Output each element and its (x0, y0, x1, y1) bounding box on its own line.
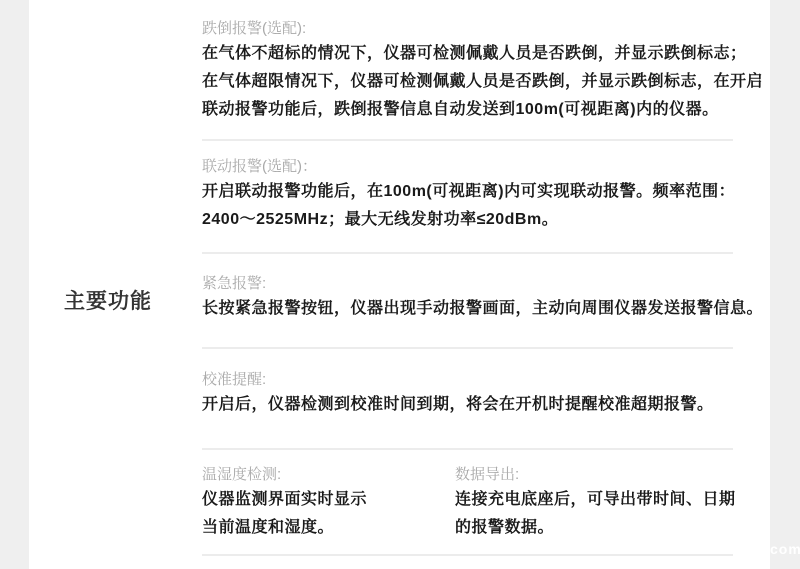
feature-section-temp-humidity: 温湿度检测: 仪器监测界面实时显示 当前温度和湿度。 (202, 464, 452, 542)
feature-body: 开启联动报警功能后，在100m(可视距离)内可实现联动报警。频率范围： 2400… (202, 178, 762, 234)
feature-section-linkage-alarm: 联动报警(选配)： 开启联动报警功能后，在100m(可视距离)内可实现联动报警。… (202, 156, 762, 234)
divider (202, 554, 733, 556)
page-title: 主要功能 (64, 289, 152, 315)
watermark: com (770, 541, 800, 557)
page: 主要功能 跌倒报警(选配): 在气体不超标的情况下，仪器可检测佩戴人员是否跌倒，… (0, 0, 800, 569)
feature-label: 温湿度检测: (202, 464, 452, 486)
feature-body: 长按紧急报警按钮，仪器出现手动报警画面，主动向周围仪器发送报警信息。 (202, 295, 762, 323)
feature-body: 开启后，仪器检测到校准时间到期，将会在开机时提醒校准超期报警。 (202, 391, 762, 419)
feature-label: 校准提醒: (202, 369, 762, 391)
feature-label: 联动报警(选配)： (202, 156, 762, 178)
feature-section-calibration-reminder: 校准提醒: 开启后，仪器检测到校准时间到期，将会在开机时提醒校准超期报警。 (202, 369, 762, 419)
feature-body: 在气体不超标的情况下，仪器可检测佩戴人员是否跌倒，并显示跌倒标志； 在气体超限情… (202, 40, 762, 124)
feature-section-emergency-alarm: 紧急报警: 长按紧急报警按钮，仪器出现手动报警画面，主动向周围仪器发送报警信息。 (202, 273, 762, 323)
feature-body: 仪器监测界面实时显示 当前温度和湿度。 (202, 486, 452, 542)
divider (202, 347, 733, 349)
feature-body: 连接充电底座后，可导出带时间、日期 的报警数据。 (455, 486, 775, 542)
feature-label: 跌倒报警(选配): (202, 18, 762, 40)
divider (202, 448, 733, 450)
divider (202, 139, 733, 141)
feature-label: 紧急报警: (202, 273, 762, 295)
divider (202, 252, 733, 254)
feature-label: 数据导出: (455, 464, 775, 486)
feature-section-data-export: 数据导出: 连接充电底座后，可导出带时间、日期 的报警数据。 (455, 464, 775, 542)
feature-section-fall-alarm: 跌倒报警(选配): 在气体不超标的情况下，仪器可检测佩戴人员是否跌倒，并显示跌倒… (202, 18, 762, 124)
